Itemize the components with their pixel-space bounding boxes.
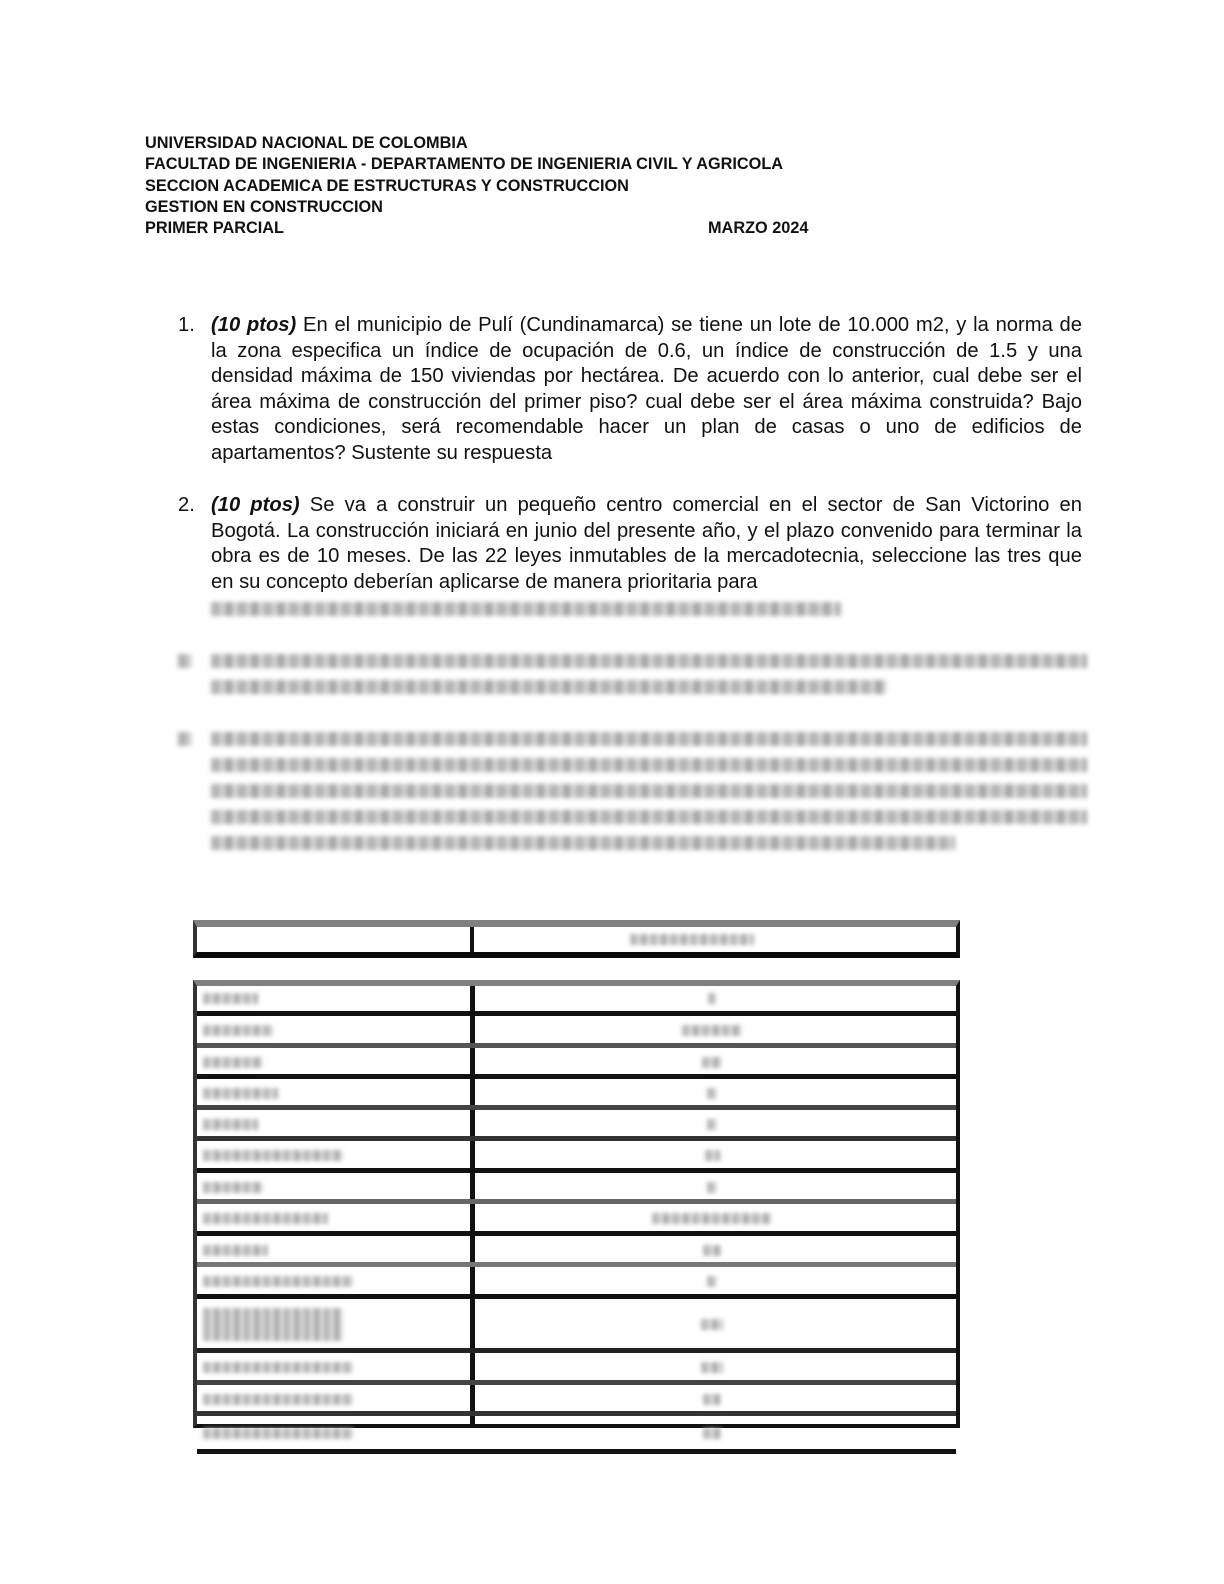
- exam-date: MARZO 2024: [708, 218, 808, 239]
- question-number: 2.: [178, 493, 195, 519]
- table-row: [197, 1112, 956, 1141]
- question-body: En el municipio de Pulí (Cundinamarca) s…: [211, 314, 1082, 464]
- redacted-question-number: [178, 732, 192, 746]
- table-header-box: [193, 920, 960, 958]
- question-2: 2. (10 ptos) Se va a construir un pequeñ…: [178, 493, 1082, 595]
- table-row: [197, 1418, 956, 1454]
- redacted-cell-label: [203, 1057, 263, 1068]
- university-name: UNIVERSIDAD NACIONAL DE COLOMBIA: [145, 133, 783, 154]
- redacted-cell-label: [203, 1276, 353, 1287]
- redacted-cell-value: [682, 1025, 742, 1036]
- question-body: Se va a construir un pequeño centro come…: [211, 494, 1082, 593]
- redacted-cell-label: [203, 1213, 328, 1224]
- faculty-name: FACULTAD DE INGENIERIA - DEPARTAMENTO DE…: [145, 154, 783, 175]
- table-row: [197, 1206, 956, 1236]
- question-text: (10 ptos) Se va a construir un pequeño c…: [211, 493, 1082, 595]
- redacted-cell-label: [203, 1119, 258, 1130]
- table-row: [197, 986, 956, 1016]
- redacted-text: [211, 784, 1087, 798]
- table-row: [197, 1081, 956, 1110]
- redacted-cell-value: [707, 1119, 717, 1130]
- redacted-cell-value: [707, 1088, 717, 1099]
- redacted-question-number: [178, 654, 192, 668]
- table-row: [197, 1269, 956, 1299]
- redacted-text: [211, 602, 841, 616]
- redacted-cell-value: [703, 1245, 721, 1256]
- redacted-cell-label: [203, 1362, 353, 1373]
- redacted-cell-value: [703, 1428, 721, 1439]
- redacted-cell-value: [652, 1213, 772, 1224]
- section-name: SECCION ACADEMICA DE ESTRUCTURAS Y CONST…: [145, 176, 783, 197]
- table-row: [197, 1175, 956, 1204]
- question-text: (10 ptos) En el municipio de Pulí (Cundi…: [211, 313, 1082, 467]
- exam-title-row: PRIMER PARCIAL MARZO 2024: [145, 218, 783, 239]
- table-row: [197, 1355, 956, 1385]
- redacted-text: [211, 836, 955, 850]
- table-row: [197, 1143, 956, 1173]
- redacted-text: [211, 654, 1087, 668]
- question-number: 1.: [178, 313, 195, 339]
- redacted-text: [211, 680, 887, 694]
- table-row: [197, 1050, 956, 1079]
- redacted-cell-value: [701, 1362, 723, 1373]
- redacted-cell-value: [707, 1276, 717, 1287]
- exam-header: UNIVERSIDAD NACIONAL DE COLOMBIA FACULTA…: [145, 133, 783, 239]
- redacted-cell-label: [203, 1394, 353, 1405]
- question-points: (10 ptos): [211, 494, 300, 516]
- table-row: [197, 1238, 956, 1267]
- data-table: [193, 980, 960, 1428]
- redacted-table-title: [630, 934, 754, 945]
- redacted-cell-label: [203, 1182, 263, 1193]
- redacted-cell-label: [203, 1088, 278, 1099]
- redacted-cell-label: [203, 1308, 343, 1341]
- column-divider: [470, 927, 474, 952]
- question-1: 1. (10 ptos) En el municipio de Pulí (Cu…: [178, 313, 1082, 467]
- redacted-cell-label: [203, 993, 258, 1004]
- redacted-cell-label: [203, 1025, 273, 1036]
- redacted-cell-label: [203, 1150, 343, 1161]
- redacted-cell-value: [701, 1319, 723, 1330]
- redacted-cell-value: [707, 1182, 717, 1193]
- redacted-cell-value: [708, 993, 716, 1004]
- redacted-text: [211, 758, 1087, 772]
- table-row: [197, 1018, 956, 1048]
- course-name: GESTION EN CONSTRUCCION: [145, 197, 783, 218]
- table-row: [197, 1387, 956, 1416]
- redacted-cell-label: [203, 1245, 268, 1256]
- redacted-cell-value: [705, 1150, 720, 1161]
- redacted-cell-value: [703, 1394, 721, 1405]
- exam-title: PRIMER PARCIAL: [145, 219, 284, 237]
- redacted-text: [211, 810, 1087, 824]
- question-points: (10 ptos): [211, 314, 296, 336]
- redacted-text: [211, 732, 1087, 746]
- table-row: [197, 1301, 956, 1353]
- redacted-cell-value: [702, 1057, 722, 1068]
- redacted-cell-label: [203, 1428, 353, 1439]
